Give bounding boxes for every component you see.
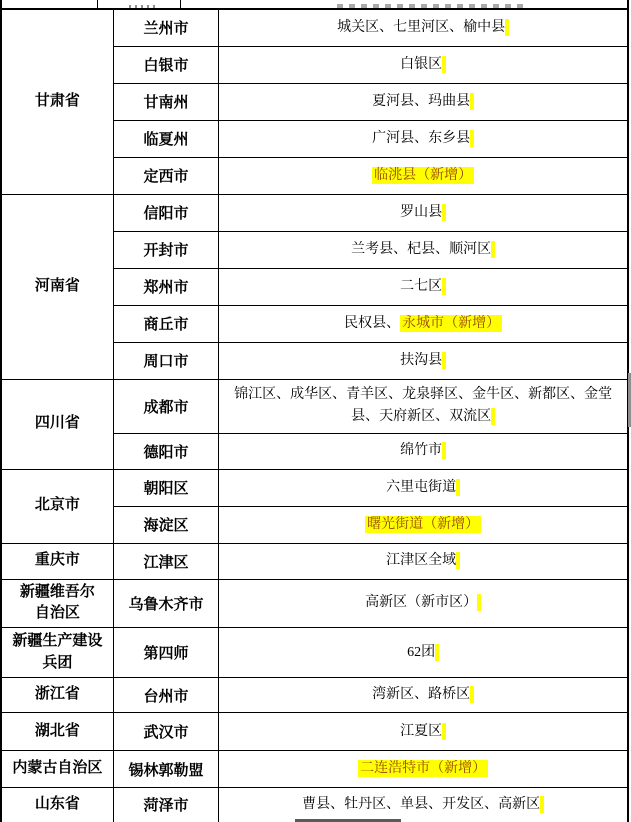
province-cell: 山东省	[1, 788, 113, 822]
city-cell: 定西市	[113, 157, 218, 194]
districts-text: 绵竹市	[400, 443, 442, 458]
new-addition-highlight	[442, 278, 446, 295]
districts-text: 罗山县	[400, 205, 442, 220]
region-row: 重庆市 江津区 江津区全域	[1, 543, 628, 579]
city-cell: 周口市	[113, 342, 218, 379]
districts-cell: 曙光街道（新增）	[219, 506, 628, 543]
city-cell: 临夏州	[113, 120, 218, 157]
province-cell: 重庆市	[1, 543, 113, 579]
region-row: 北京市 朝阳区 六里屯街道	[1, 469, 628, 506]
new-addition-highlight	[470, 93, 474, 110]
districts-cell: 民权县、永城市（新增）	[219, 305, 628, 342]
new-addition-highlight	[491, 408, 495, 425]
new-addition-highlight	[540, 796, 544, 813]
column-border-line	[97, 0, 98, 8]
districts-cell: 白银区	[219, 46, 628, 83]
districts-text: 锦江区、成华区、青羊区、龙泉驿区、金牛区、新都区、金堂县、天府新区、双流区	[234, 387, 612, 424]
districts-text: 城关区、七里河区、榆中县	[337, 20, 505, 35]
districts-text: 62团	[407, 645, 435, 660]
districts-text: 湾新区、路桥区	[372, 687, 470, 702]
city-cell: 海淀区	[113, 506, 218, 543]
new-addition-highlight	[456, 552, 460, 569]
province-cell: 湖北省	[1, 713, 113, 751]
region-row: 新疆生产建设 兵团 第四师 62团	[1, 628, 628, 678]
new-addition-highlight: 临洮县（新增）	[372, 167, 474, 184]
districts-text: 白银区	[400, 57, 442, 72]
city-cell: 江津区	[113, 543, 218, 579]
region-row: 浙江省 台州市 湾新区、路桥区	[1, 678, 628, 713]
districts-cell: 曹县、牡丹区、单县、开发区、高新区	[219, 788, 628, 822]
province-cell: 新疆维吾尔 自治区	[1, 579, 113, 628]
city-cell: 兰州市	[113, 9, 218, 46]
city-cell: 第四师	[113, 628, 218, 678]
city-cell: 朝阳区	[113, 469, 218, 506]
districts-text: 江夏区	[400, 724, 442, 739]
region-row: 山东省 菏泽市 曹县、牡丹区、单县、开发区、高新区	[1, 788, 628, 822]
new-addition-highlight: 曙光街道（新增）	[365, 516, 481, 533]
clipped-previous-row	[0, 0, 629, 8]
city-cell: 郑州市	[113, 268, 218, 305]
region-table: 甘肃省 兰州市 城关区、七里河区、榆中县 白银市 白银区 甘南州 夏河县、玛曲县…	[0, 8, 629, 822]
province-cell: 甘肃省	[1, 9, 113, 194]
new-addition-highlight	[442, 352, 446, 369]
city-cell: 商丘市	[113, 305, 218, 342]
districts-text: 二七区	[400, 279, 442, 294]
districts-text: 六里屯街道	[386, 480, 456, 495]
city-cell: 白银市	[113, 46, 218, 83]
city-cell: 信阳市	[113, 194, 218, 231]
city-cell: 锡林郭勒盟	[113, 751, 218, 788]
districts-cell: 临洮县（新增）	[219, 157, 628, 194]
districts-text: 曹县、牡丹区、单县、开发区、高新区	[302, 797, 540, 812]
province-cell: 四川省	[1, 379, 113, 469]
districts-text: 民权县、	[344, 316, 400, 331]
region-row: 湖北省 武汉市 江夏区	[1, 713, 628, 751]
new-addition-highlight	[442, 442, 446, 459]
city-cell: 开封市	[113, 231, 218, 268]
new-addition-highlight	[470, 130, 474, 147]
province-cell: 河南省	[1, 194, 113, 379]
districts-cell: 江津区全域	[219, 543, 628, 579]
city-cell: 德阳市	[113, 433, 218, 469]
districts-text: 高新区（新市区）	[365, 595, 477, 610]
region-row: 新疆维吾尔 自治区 乌鲁木齐市 高新区（新市区）	[1, 579, 628, 628]
districts-cell: 扶沟县	[219, 342, 628, 379]
districts-text: 扶沟县	[400, 353, 442, 368]
document-page: 甘肃省 兰州市 城关区、七里河区、榆中县 白银市 白银区 甘南州 夏河县、玛曲县…	[0, 0, 631, 822]
districts-cell: 夏河县、玛曲县	[219, 83, 628, 120]
new-addition-highlight	[477, 594, 481, 611]
province-cell: 内蒙古自治区	[1, 751, 113, 788]
city-cell: 乌鲁木齐市	[113, 579, 218, 628]
districts-cell: 锦江区、成华区、青羊区、龙泉驿区、金牛区、新都区、金堂县、天府新区、双流区	[219, 379, 628, 433]
districts-cell: 广河县、东乡县	[219, 120, 628, 157]
new-addition-highlight: 二连浩特市（新增）	[358, 760, 488, 777]
districts-cell: 城关区、七里河区、榆中县	[219, 9, 628, 46]
province-cell: 北京市	[1, 469, 113, 543]
districts-cell: 高新区（新市区）	[219, 579, 628, 628]
new-addition-highlight	[442, 204, 446, 221]
districts-cell: 二七区	[219, 268, 628, 305]
region-row: 河南省 信阳市 罗山县	[1, 194, 628, 231]
region-row: 内蒙古自治区 锡林郭勒盟 二连浩特市（新增）	[1, 751, 628, 788]
new-addition-highlight	[505, 19, 509, 36]
districts-cell: 绵竹市	[219, 433, 628, 469]
districts-cell: 湾新区、路桥区	[219, 678, 628, 713]
districts-cell: 兰考县、杞县、顺河区	[219, 231, 628, 268]
new-addition-highlight	[470, 686, 474, 703]
districts-cell: 罗山县	[219, 194, 628, 231]
districts-text: 夏河县、玛曲县	[372, 94, 470, 109]
province-cell: 浙江省	[1, 678, 113, 713]
districts-text: 兰考县、杞县、顺河区	[351, 242, 491, 257]
new-addition-highlight	[442, 723, 446, 740]
region-row: 甘肃省 兰州市 城关区、七里河区、榆中县	[1, 9, 628, 46]
new-addition-highlight	[491, 241, 495, 258]
new-addition-highlight	[456, 479, 460, 496]
city-cell: 成都市	[113, 379, 218, 433]
districts-cell: 62团	[219, 628, 628, 678]
column-border-line	[180, 0, 181, 8]
city-cell: 甘南州	[113, 83, 218, 120]
province-cell: 新疆生产建设 兵团	[1, 628, 113, 678]
city-cell: 武汉市	[113, 713, 218, 751]
districts-cell: 六里屯街道	[219, 469, 628, 506]
city-cell: 菏泽市	[113, 788, 218, 822]
new-addition-highlight	[442, 56, 446, 73]
districts-cell: 江夏区	[219, 713, 628, 751]
new-addition-highlight	[435, 644, 439, 661]
new-addition-highlight: 永城市（新增）	[400, 315, 502, 332]
region-row: 四川省 成都市 锦江区、成华区、青羊区、龙泉驿区、金牛区、新都区、金堂县、天府新…	[1, 379, 628, 433]
districts-text: 江津区全域	[386, 553, 456, 568]
city-cell: 台州市	[113, 678, 218, 713]
districts-text: 广河县、东乡县	[372, 131, 470, 146]
districts-cell: 二连浩特市（新增）	[219, 751, 628, 788]
